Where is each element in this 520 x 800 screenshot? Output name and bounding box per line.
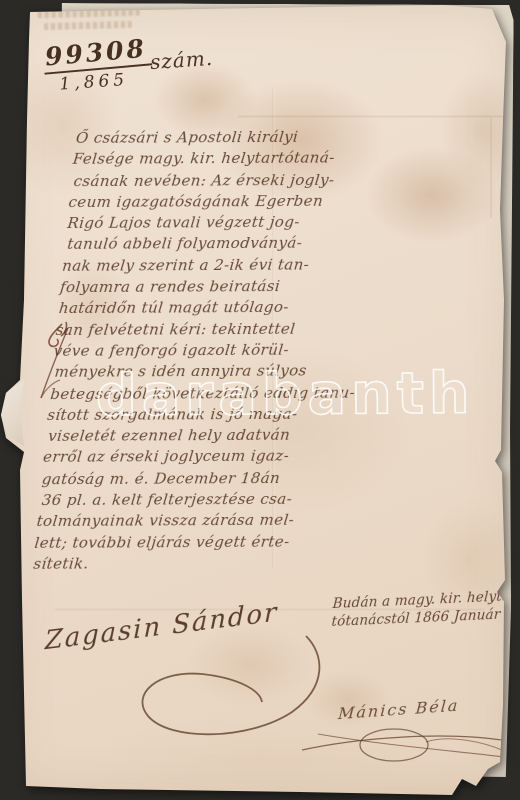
body-line: sítetik. xyxy=(31,552,457,576)
body-line: véve a fenforgó igazolt körül- xyxy=(53,339,479,363)
registry-header: 99308 1,865 xyxy=(42,33,154,96)
body-line: határidőn túl magát utólago- xyxy=(57,296,483,320)
body-line: csának nevében: Az érseki jogly- xyxy=(70,168,496,192)
body-line: Felsége magy. kir. helytartótaná- xyxy=(72,147,498,171)
body-line: ceum igazgatóságának Egerben xyxy=(67,190,493,214)
body-line: 36 pl. a. kelt felterjesztése csa- xyxy=(38,488,464,512)
body-line: Ő csázsári s Apostoli királyi xyxy=(74,126,500,150)
signature-right-flourish xyxy=(298,712,518,772)
body-text: Ő csázsári s Apostoli királyi Felsége ma… xyxy=(31,126,500,575)
fold-crease-horizontal-top xyxy=(238,115,504,118)
body-line: lett; további eljárás végett érte- xyxy=(33,530,459,554)
body-line: erről az érseki joglyceum igaz- xyxy=(42,445,468,469)
body-line: tanuló abbeli folyamodványá- xyxy=(63,232,489,256)
body-line: Rigó Lajos tavali végzett jog- xyxy=(65,211,491,235)
body-line: folyamra a rendes beiratási xyxy=(59,275,485,299)
closing-dateline: Budán a magy. kir. helytar- tótanácstól … xyxy=(331,587,520,631)
szam-label: szám. xyxy=(149,46,214,74)
embossed-stamp-line xyxy=(38,9,140,19)
torn-flap xyxy=(0,378,30,448)
body-line: nak mely szerint a 2-ik évi tan- xyxy=(61,254,487,278)
body-line: san felvétetni kéri: tekintettel xyxy=(55,317,481,341)
body-line: tolmányainak vissza zárása mel- xyxy=(36,509,462,533)
letter-paper: 99308 1,865 szám. Ő csázsári s Apostoli … xyxy=(0,0,520,800)
letter-paper-wrap: 99308 1,865 szám. Ő csázsári s Apostoli … xyxy=(0,0,520,800)
watermark-overlay: darabanth xyxy=(96,364,446,426)
embossed-stamp-line xyxy=(44,21,132,30)
body-line: gatóság m. é. December 18án xyxy=(40,467,466,491)
